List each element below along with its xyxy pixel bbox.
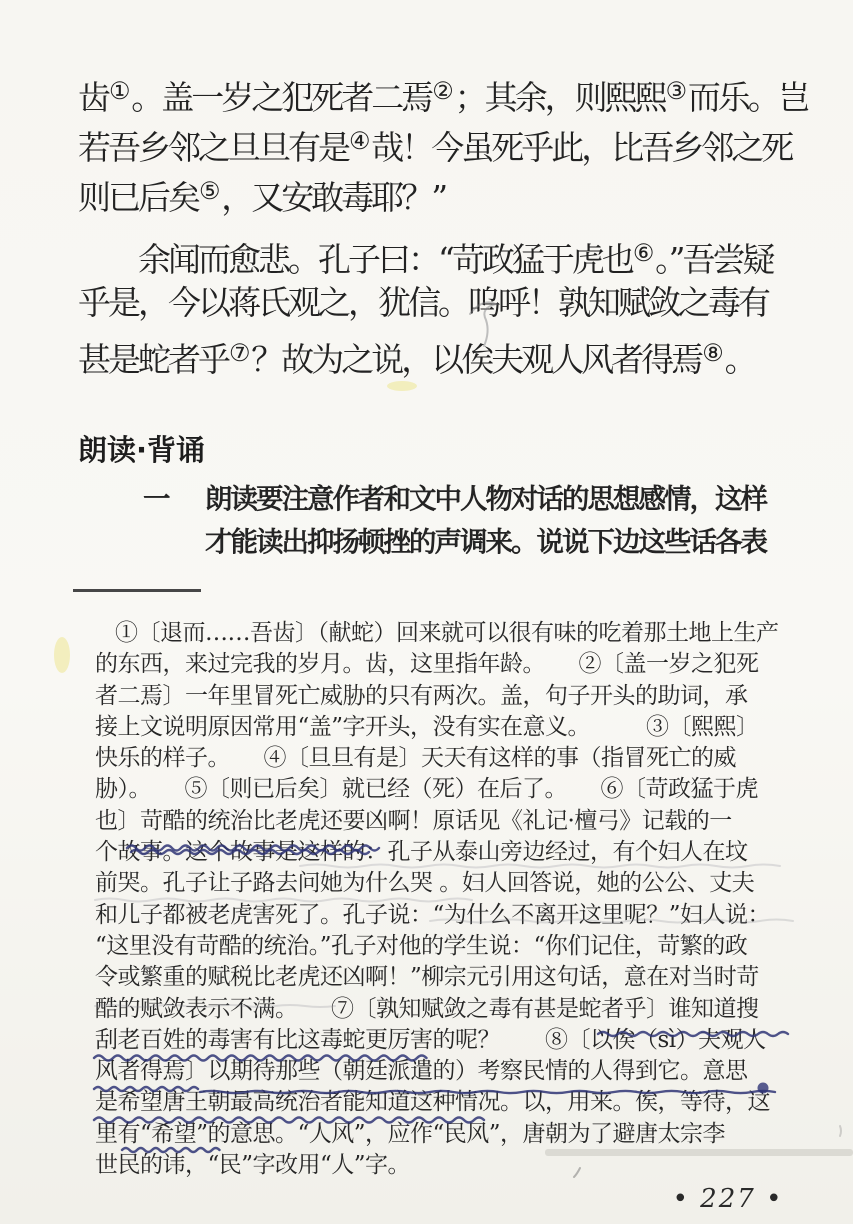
body-line: 余闻而愈悲。孔子曰：“苛政猛于虎也⑥。”吾尝疑 xyxy=(78,228,838,278)
footnote-line: ①〔退而……吾齿〕（献蛇）回来就可以很有味的吃着那土地上生产 xyxy=(95,618,815,649)
footnote-line: 里有“希望”的意思。“人风”，应作“民风”，唐朝为了避唐太宗李 xyxy=(95,1119,815,1150)
footnote-line: “这里没有苛酷的统治。”孔子对他的学生说：“你们记住，苛繁的政 xyxy=(95,931,815,962)
stray-mark xyxy=(840,1126,841,1136)
section-heading: 朗读·背诵 xyxy=(78,428,205,469)
footnote-line: 也〕苛酷的统治比老虎还要凶啊！原话见《礼记·檀弓》记载的一 xyxy=(95,806,815,837)
exercise-block: 一 朗读要注意作者和文中人物对话的思想感情，这样 才能读出抑扬顿挫的声调来。说说… xyxy=(143,478,766,564)
footnote-line: 是希望唐王朝最高统治者能知道这种情况。以，用来。俟，等待，这 xyxy=(95,1087,815,1118)
exercise-line: 才能读出抑扬顿挫的声调来。说说下边这些话各表 xyxy=(205,521,766,564)
footnote-line: 接上文说明原因常用“盖”字开头，没有实在意义。 ③〔熙熙〕 xyxy=(95,712,815,743)
footnote-line: 酷的赋敛表示不满。 ⑦〔孰知赋敛之毒有甚是蛇者乎〕谁知道搜 xyxy=(95,994,815,1025)
paragraph-1: 齿①。盖一岁之犯死者二焉②；其余，则熙熙③而乐。岂 若吾乡邻之旦旦有是④哉！今虽… xyxy=(78,66,838,216)
footnote-separator-rule xyxy=(73,589,201,592)
footnote-line: 风者得焉〕以期待那些（朝廷派遣的）考察民情的人得到它。意思 xyxy=(95,1056,815,1087)
footnote-line: 的东西，来过完我的岁月。齿，这里指年龄。 ②〔盖一岁之犯死 xyxy=(95,649,815,680)
body-line: 甚是蛇者乎⑦？故为之说，以俟夫观人风者得焉⑧。 xyxy=(78,328,838,378)
footnote-line: 个故事。这个故事是这样的：孔子从泰山旁边经过，有个妇人在坟 xyxy=(95,837,815,868)
body-line: 乎是，今以蒋氏观之，犹信。呜呼！孰知赋敛之毒有 xyxy=(78,278,838,328)
footnote-line: 胁）。 ⑤〔则已后矣〕就已经（死）在后了。 ⑥〔苛政猛于虎 xyxy=(95,774,815,805)
page-number: • 227 • xyxy=(648,1184,808,1214)
scanned-textbook-page: 齿①。盖一岁之犯死者二焉②；其余，则熙熙③而乐。岂 若吾乡邻之旦旦有是④哉！今虽… xyxy=(0,0,853,1224)
footnote-line: 和儿子都被老虎害死了。孔子说：“为什么不离开这里呢？”妇人说： xyxy=(95,900,815,931)
exercise-text: 朗读要注意作者和文中人物对话的思想感情，这样 才能读出抑扬顿挫的声调来。说说下边… xyxy=(205,478,766,564)
body-text: 齿①。盖一岁之犯死者二焉②；其余，则熙熙③而乐。岂 若吾乡邻之旦旦有是④哉！今虽… xyxy=(78,66,838,378)
footnote-line: 刮老百姓的毒害有比这毒蛇更厉害的呢？ ⑧〔以俟（sì）夫观人 xyxy=(95,1025,815,1056)
exercise-number: 一 xyxy=(143,478,205,564)
footnotes-block: ①〔退而……吾齿〕（献蛇）回来就可以很有味的吃着那土地上生产 的东西，来过完我的… xyxy=(95,618,815,1181)
footnote-line: 前哭。孔子让子路去问她为什么哭 。妇人回答说，她的公公、丈夫 xyxy=(95,868,815,899)
footnote-line: 快乐的样子。 ④〔旦旦有是〕天天有这样的事（指冒死亡的威 xyxy=(95,743,815,774)
footnote-line: 世民的讳，“民”字改用“人”字。 xyxy=(95,1150,815,1181)
body-line: 则已后矣⑤，又安敢毒耶？” xyxy=(78,166,838,216)
body-line: 齿①。盖一岁之犯死者二焉②；其余，则熙熙③而乐。岂 xyxy=(78,66,838,116)
exercise-line: 朗读要注意作者和文中人物对话的思想感情，这样 xyxy=(205,478,766,521)
body-line: 若吾乡邻之旦旦有是④哉！今虽死乎此，比吾乡邻之死 xyxy=(78,116,838,166)
highlighter-smudge xyxy=(54,637,70,673)
paragraph-2: 余闻而愈悲。孔子曰：“苛政猛于虎也⑥。”吾尝疑 乎是，今以蒋氏观之，犹信。呜呼！… xyxy=(78,228,838,378)
footnote-line: 令或繁重的赋税比老虎还凶啊！”柳宗元引用这句话，意在对当时苛 xyxy=(95,962,815,993)
highlighter-smudge xyxy=(387,381,417,391)
footnote-line: 者二焉〕一年里冒死亡威胁的只有两次。盖，句子开头的助词，承 xyxy=(95,681,815,712)
